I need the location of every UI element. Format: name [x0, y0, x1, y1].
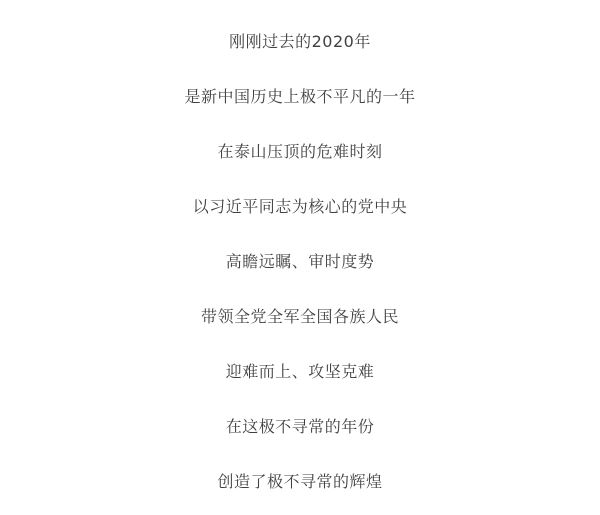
page-body: { "page": { "background_color": "#ffffff…: [0, 0, 600, 515]
text-line: 带领全党全军全国各族人民: [0, 309, 600, 325]
text-line: 在这极不寻常的年份: [0, 419, 600, 435]
text-line: 以习近平同志为核心的党中央: [0, 199, 600, 215]
text-line: 刚刚过去的2020年: [0, 34, 600, 50]
text-line: 在泰山压顶的危难时刻: [0, 144, 600, 160]
text-line: 创造了极不寻常的辉煌: [0, 474, 600, 490]
text-page: 刚刚过去的2020年 是新中国历史上极不平凡的一年 在泰山压顶的危难时刻 以习近…: [0, 0, 600, 515]
text-line: 高瞻远瞩、审时度势: [0, 254, 600, 270]
text-line: 是新中国历史上极不平凡的一年: [0, 89, 600, 105]
text-line: 迎难而上、攻坚克难: [0, 364, 600, 380]
